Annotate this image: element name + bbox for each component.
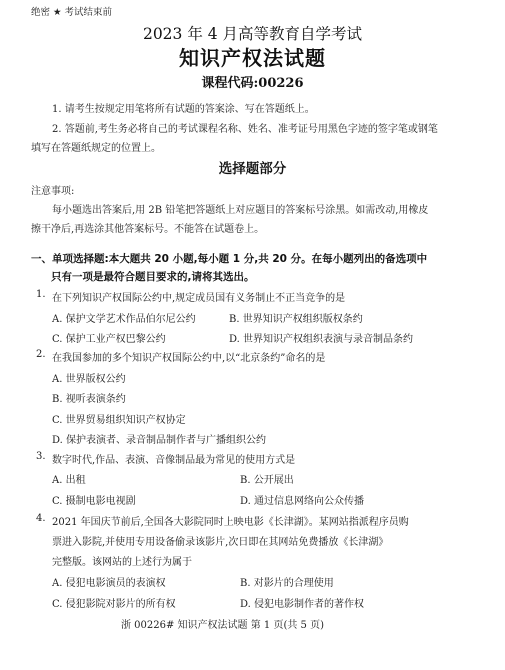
question-2-text: 在我国参加的多个知识产权国际公约中,以“北京条约”命名的是: [52, 349, 325, 364]
question-1-text: 在下列知识产权国际公约中,规定成员国有义务制止不正当竞争的是: [52, 289, 345, 304]
instruction-item-2-line-1: 2. 答题前,考生务必将自己的考试课程名称、姓名、准考证号用黑色字迹的签字笔或钢…: [52, 120, 438, 135]
question-3-option-b[interactable]: B. 公开展出: [240, 471, 294, 486]
question-2-option-b[interactable]: B. 视听表演条约: [52, 390, 126, 405]
question-1-option-a[interactable]: A. 保护文学艺术作品伯尔尼公约: [52, 310, 196, 325]
part-one-heading-line-1: 一、单项选择题:本大题共 20 小题,每小题 1 分,共 20 分。在每小题列出…: [31, 251, 427, 266]
part-one-heading-line-2: 只有一项是最符合题目要求的,请将其选出。: [51, 269, 255, 284]
question-2-option-c[interactable]: C. 世界贸易组织知识产权协定: [52, 411, 186, 426]
question-4-text-line-2: 票进入影院,并使用专用设备偷录该影片,次日即在其网站免费播放《长津湖》: [52, 533, 388, 548]
course-code: 课程代码:00226: [0, 72, 505, 91]
question-3-option-d[interactable]: D. 通过信息网络向公众传播: [240, 492, 364, 507]
notes-line-2: 擦干净后,再选涂其他答案标号。不能答在试题卷上。: [31, 220, 264, 235]
instruction-item-1: 1. 请考生按规定用笔将所有试题的答案涂、写在答题纸上。: [52, 100, 315, 115]
question-4-option-b[interactable]: B. 对影片的合理使用: [240, 574, 334, 589]
question-4-text-line-1: 2021 年国庆节前后,全国各大影院同时上映电影《长津湖》。某网站指派程序员购: [52, 513, 409, 528]
question-4-number: 4.: [36, 513, 46, 524]
question-4-option-c[interactable]: C. 侵犯影院对影片的所有权: [52, 595, 176, 610]
question-3-text: 数字时代,作品、表演、音像制品最为常见的使用方式是: [52, 451, 295, 466]
confidential-label: 绝密 ★ 考试结束前: [31, 4, 112, 18]
question-1-option-b[interactable]: B. 世界知识产权组织版权条约: [229, 310, 363, 325]
exam-title: 2023 年 4 月高等教育自学考试: [0, 22, 505, 44]
question-1-option-d[interactable]: D. 世界知识产权组织表演与录音制品条约: [229, 330, 413, 345]
question-3-option-a[interactable]: A. 出租: [52, 471, 86, 486]
question-4-option-a[interactable]: A. 侵犯电影演员的表演权: [52, 574, 166, 589]
question-1-number: 1.: [36, 289, 46, 300]
question-2-option-d[interactable]: D. 保护表演者、录音制品制作者与广播组织公约: [52, 431, 266, 446]
question-3-option-c[interactable]: C. 摄制电影电视剧: [52, 492, 136, 507]
section-title: 选择题部分: [0, 157, 505, 177]
question-4-option-d[interactable]: D. 侵犯电影制作者的著作权: [240, 595, 364, 610]
question-3-number: 3.: [36, 451, 46, 462]
question-4-text-line-3: 完整版。该网站的上述行为属于: [52, 553, 192, 568]
subject-title: 知识产权法试题: [0, 42, 505, 71]
question-2-option-a[interactable]: A. 世界版权公约: [52, 370, 126, 385]
question-1-option-c[interactable]: C. 保护工业产权巴黎公约: [52, 330, 166, 345]
question-2-number: 2.: [36, 349, 46, 360]
page-footer: 浙 00226# 知识产权法试题 第 1 页(共 5 页): [121, 616, 324, 631]
instruction-item-2-line-2: 填写在答题纸规定的位置上。: [31, 139, 161, 154]
notes-label: 注意事项:: [31, 182, 74, 197]
notes-line-1: 每小题选出答案后,用 2B 铅笔把答题纸上对应题目的答案标号涂黑。如需改动,用橡…: [52, 201, 428, 216]
